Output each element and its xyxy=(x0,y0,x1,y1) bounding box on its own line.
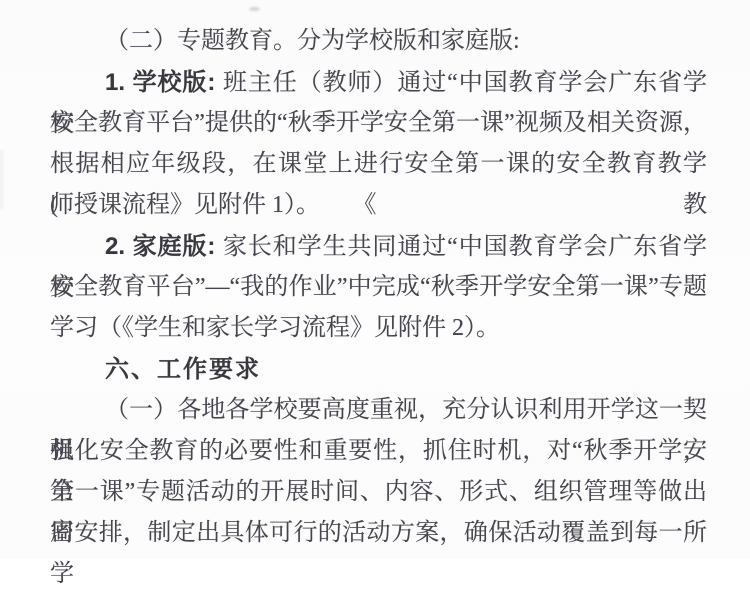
text-line: 第一课”专题活动的开展时间、内容、形式、组织管理等做出周 xyxy=(50,472,707,513)
text-line: 根据相应年级段，在课堂上进行安全第一课的安全教育教学(《教 xyxy=(50,144,707,185)
text-line-family-version: 2. 家庭版: 家长和学生共同通过“中国教育学会广东省学校 xyxy=(50,226,707,267)
line-text: 师授课流程》见附件 1）。 xyxy=(50,192,320,218)
section-heading-work-requirements: 六、工作要求 xyxy=(50,349,707,390)
text-line: 学习（《学生和家长学习流程》见附件 2）。 xyxy=(50,308,707,349)
text-line: 安全教育平台”提供的“秋季开学安全第一课”视频及相关资源， xyxy=(50,103,707,144)
line-lead-bold: 1. 学校版: xyxy=(105,69,223,96)
text-line: 安全教育平台”—“我的作业”中完成“秋季开学安全第一课”专题 xyxy=(50,267,707,308)
scan-speck xyxy=(249,7,260,11)
text-line: 密安排，制定出具体可行的活动方案，确保活动覆盖到每一所学 xyxy=(50,513,707,554)
line-text: 学习（《学生和家长学习流程》见附件 2）。 xyxy=(50,315,500,341)
line-text: 安全教育平台”提供的“秋季开学安全第一课”视频及相关资源， xyxy=(50,110,707,136)
scan-edge-artifact xyxy=(0,150,3,210)
line-text: 安全教育平台”—“我的作业”中完成“秋季开学安全第一课”专题 xyxy=(50,274,707,300)
text-line-item-1: （一）各地各学校要高度重视，充分认识利用开学这一契机， xyxy=(50,390,707,431)
document-text-block: （二）专题教育。分为学校版和家庭版: 1. 学校版: 班主任（教师）通过“中国教… xyxy=(50,21,707,554)
document-page: （二）专题教育。分为学校版和家庭版: 1. 学校版: 班主任（教师）通过“中国教… xyxy=(0,0,750,559)
line-lead-bold: 2. 家庭版: xyxy=(105,233,223,260)
text-line-section-2-header: （二）专题教育。分为学校版和家庭版: xyxy=(50,21,707,62)
line-text: （二）专题教育。分为学校版和家庭版: xyxy=(105,28,520,54)
text-line-school-version: 1. 学校版: 班主任（教师）通过“中国教育学会广东省学校 xyxy=(50,62,707,103)
text-line: 强化安全教育的必要性和重要性，抓住时机，对“秋季开学安全 xyxy=(50,431,707,472)
line-text: 密安排，制定出具体可行的活动方案，确保活动覆盖到每一所学 xyxy=(50,520,707,559)
heading-text-bold: 六、工作要求 xyxy=(105,356,261,383)
